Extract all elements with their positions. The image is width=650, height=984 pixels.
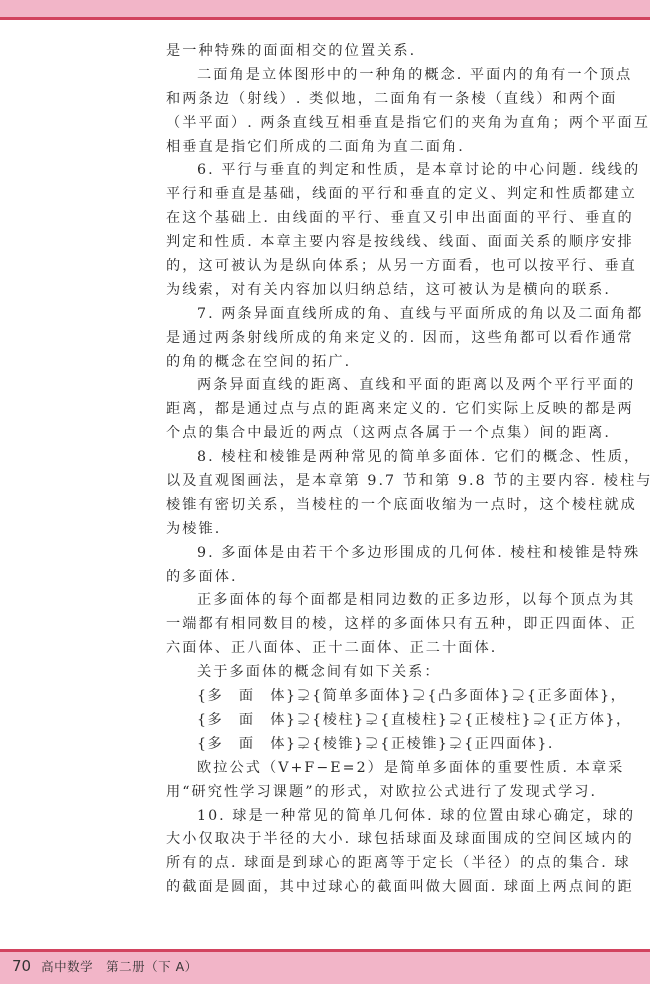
text-line: 相垂直是指它们所成的二面角为直二面角. [166, 136, 638, 160]
text-line: 二面角是立体图形中的一种角的概念. 平面内的角有一个顶点 [166, 64, 638, 88]
page-body: 是一种特殊的面面相交的位置关系.二面角是立体图形中的一种角的概念. 平面内的角有… [166, 40, 638, 900]
text-line: {多 面 体}⊋{简单多面体}⊋{凸多面体}⊋{正多面体}， [166, 685, 638, 709]
header-band [0, 0, 650, 20]
page-footer: 70 高中数学 第二册（下 A） [12, 955, 198, 977]
text-line: 9. 多面体是由若干个多边形围成的几何体. 棱柱和棱锥是特殊 [166, 542, 638, 566]
text-line: 距离，都是通过点与点的距离来定义的. 它们实际上反映的都是两 [166, 398, 638, 422]
text-line: 以及直观图画法，是本章第 9.7 节和第 9.8 节的主要内容. 棱柱与 [166, 470, 638, 494]
text-line: 8. 棱柱和棱锥是两种常见的简单多面体. 它们的概念、性质， [166, 446, 638, 470]
text-line: 两条异面直线的距离、直线和平面的距离以及两个平行平面的 [166, 374, 638, 398]
text-line: 为线索，对有关内容加以归纳总结，这可被认为是横向的联系. [166, 279, 638, 303]
text-line: 个点的集合中最近的两点（这两点各属于一个点集）间的距离. [166, 422, 638, 446]
text-line: 大小仅取决于半径的大小. 球包括球面及球面围成的空间区域内的 [166, 828, 638, 852]
text-line: 的截面是圆面，其中过球心的截面叫做大圆面. 球面上两点间的距 [166, 876, 638, 900]
text-line: 一端都有相同数目的棱，这样的多面体只有五种，即正四面体、正 [166, 613, 638, 637]
page-number: 70 [12, 957, 31, 975]
text-line: 是通过两条射线所成的角来定义的. 因而，这些角都可以看作通常 [166, 327, 638, 351]
text-line: 所有的点. 球面是到球心的距离等于定长（半径）的点的集合. 球 [166, 852, 638, 876]
text-line: 正多面体的每个面都是相同边数的正多边形，以每个顶点为其 [166, 589, 638, 613]
text-line: 为棱锥. [166, 518, 638, 542]
text-line: 10. 球是一种常见的简单几何体. 球的位置由球心确定，球的 [166, 805, 638, 829]
text-line: 的，这可被认为是纵向体系；从另一方面看，也可以按平行、垂直 [166, 255, 638, 279]
text-line: 在这个基础上. 由线面的平行、垂直又引申出面面的平行、垂直的 [166, 207, 638, 231]
text-line: 欧拉公式（V+F−E=2）是简单多面体的重要性质. 本章采 [166, 757, 638, 781]
text-line: 和两条边（射线）. 类似地，二面角有一条棱（直线）和两个面 [166, 88, 638, 112]
text-line: 是一种特殊的面面相交的位置关系. [166, 40, 638, 64]
text-line: （半平面）. 两条直线互相垂直是指它们的夹角为直角；两个平面互 [166, 112, 638, 136]
text-line: {多 面 体}⊋{棱锥}⊋{正棱锥}⊋{正四面体}. [166, 733, 638, 757]
text-line: 6. 平行与垂直的判定和性质，是本章讨论的中心问题. 线线的 [166, 159, 638, 183]
book-title: 高中数学 第二册（下 A） [41, 957, 198, 975]
text-line: 的多面体. [166, 566, 638, 590]
text-line: 关于多面体的概念间有如下关系： [166, 661, 638, 685]
text-line: 判定和性质. 本章主要内容是按线线、线面、面面关系的顺序安排 [166, 231, 638, 255]
text-line: 7. 两条异面直线所成的角、直线与平面所成的角以及二面角都 [166, 303, 638, 327]
text-line: 棱锥有密切关系，当棱柱的一个底面收缩为一点时，这个棱柱就成 [166, 494, 638, 518]
text-line: {多 面 体}⊋{棱柱}⊋{直棱柱}⊋{正棱柱}⊋{正方体}， [166, 709, 638, 733]
text-line: 用“研究性学习课题”的形式，对欧拉公式进行了发现式学习. [166, 781, 638, 805]
text-line: 平行和垂直是基础，线面的平行和垂直的定义、判定和性质都建立 [166, 183, 638, 207]
text-line: 六面体、正八面体、正十二面体、正二十面体. [166, 637, 638, 661]
text-line: 的角的概念在空间的拓广. [166, 351, 638, 375]
